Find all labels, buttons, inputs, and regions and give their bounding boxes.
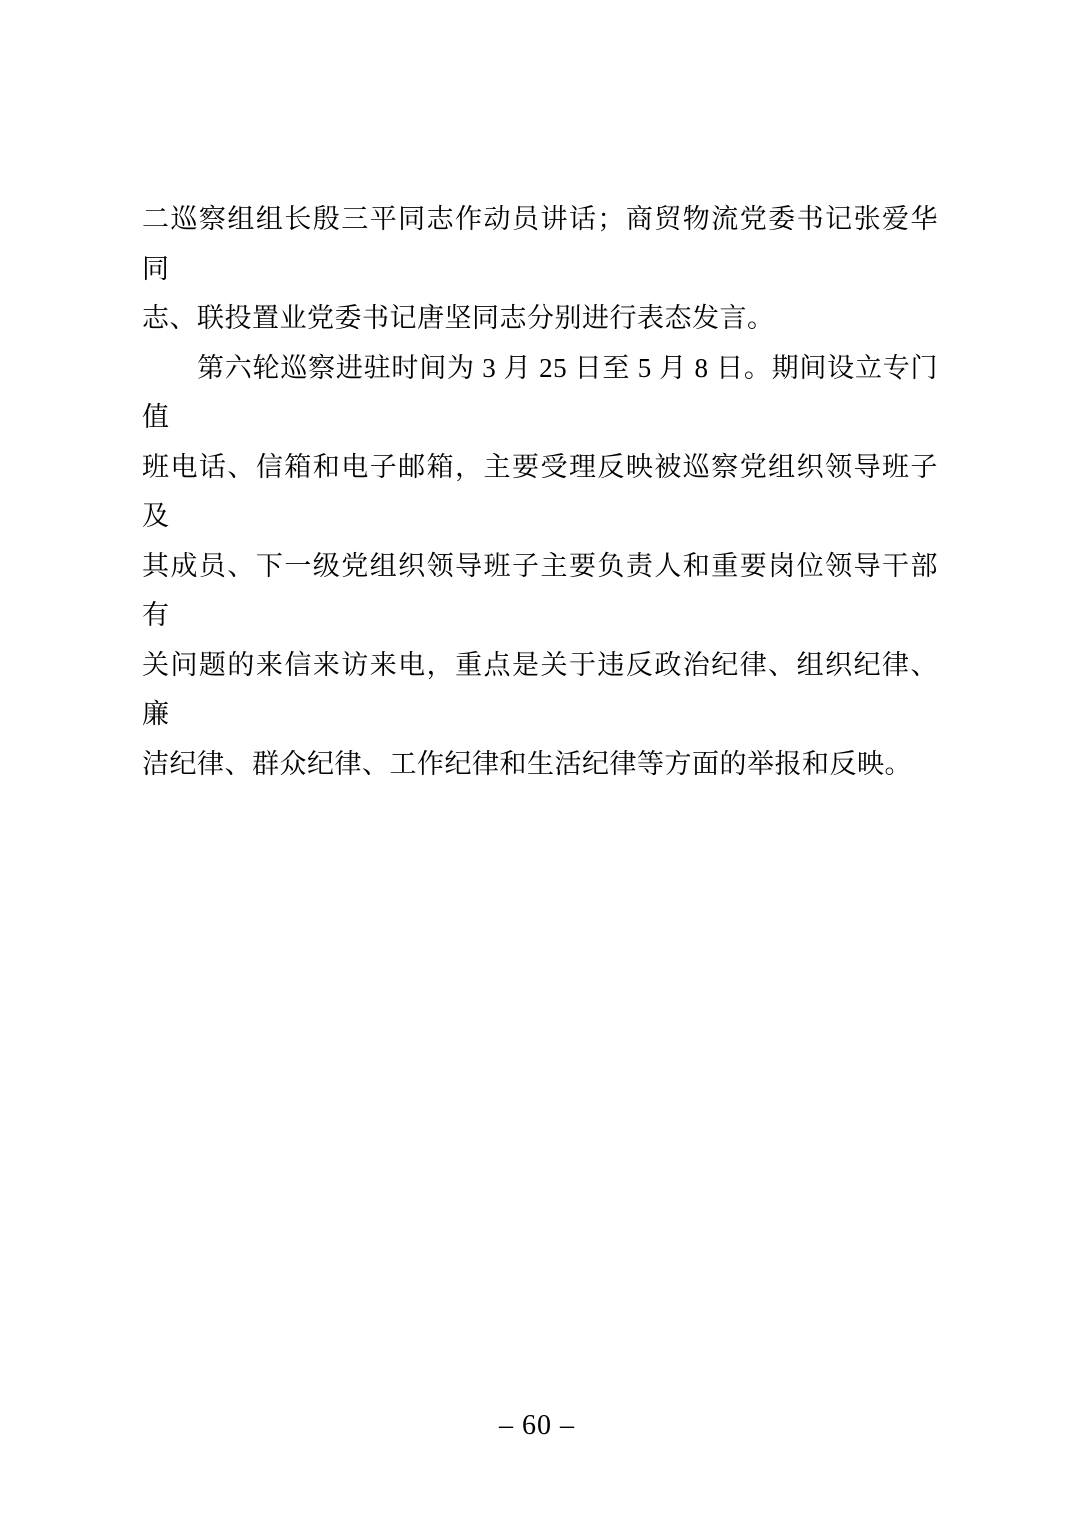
text-line: 班电话、信箱和电子邮箱，主要受理反映被巡察党组织领导班子及 xyxy=(142,443,938,542)
paragraph-2: 第六轮巡察进驻时间为 3 月 25 日至 5 月 8 日。期间设立专门值 班电话… xyxy=(142,344,938,790)
paragraph-1: 二巡察组组长殷三平同志作动员讲话；商贸物流党委书记张爱华同 志、联投置业党委书记… xyxy=(142,195,938,344)
text-line: 其成员、下一级党组织领导班子主要负责人和重要岗位领导干部有 xyxy=(142,542,938,641)
text-line: 二巡察组组长殷三平同志作动员讲话；商贸物流党委书记张爱华同 xyxy=(142,195,938,294)
text-line: 关问题的来信来访来电，重点是关于违反政治纪律、组织纪律、廉 xyxy=(142,641,938,740)
text-line: 志、联投置业党委书记唐坚同志分别进行表态发言。 xyxy=(142,294,938,344)
page-number: – 60 – xyxy=(499,1410,575,1441)
document-page: 二巡察组组长殷三平同志作动员讲话；商贸物流党委书记张爱华同 志、联投置业党委书记… xyxy=(0,0,1074,1520)
text-line: 第六轮巡察进驻时间为 3 月 25 日至 5 月 8 日。期间设立专门值 xyxy=(142,344,938,443)
page-footer: – 60 – xyxy=(0,1410,1074,1442)
document-body: 二巡察组组长殷三平同志作动员讲话；商贸物流党委书记张爱华同 志、联投置业党委书记… xyxy=(142,195,938,789)
text-line: 洁纪律、群众纪律、工作纪律和生活纪律等方面的举报和反映。 xyxy=(142,740,938,790)
